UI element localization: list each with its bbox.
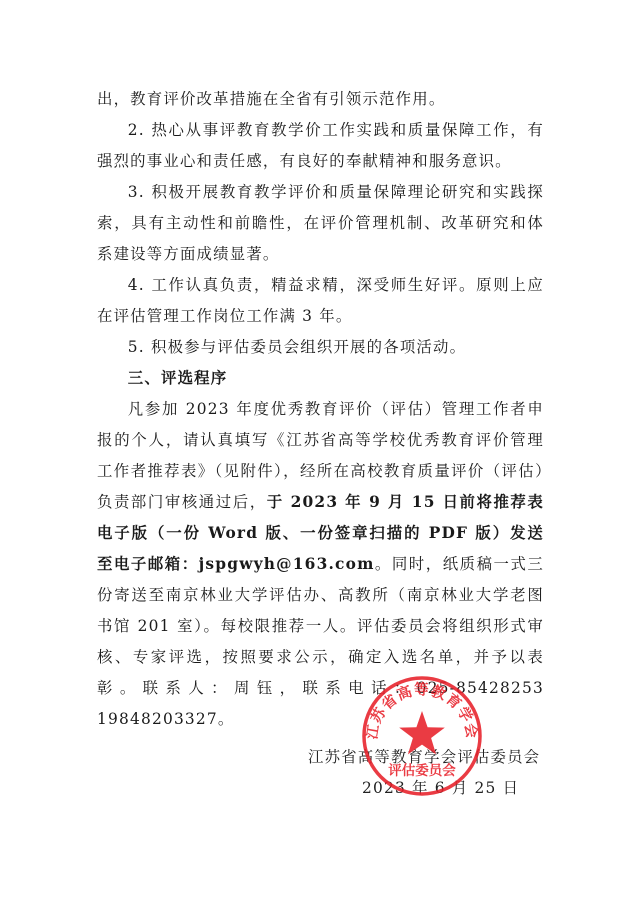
section-heading-selection-procedure: 三、评选程序 xyxy=(97,363,544,394)
criterion-2: 2. 热心从事评教育教学价工作实践和质量保障工作，有强烈的事业心和责任感，有良好… xyxy=(97,115,544,177)
signature-organization: 江苏省高等教育学会评估委员会 xyxy=(308,742,540,773)
criterion-3: 3. 积极开展教育教学评价和质量保障理论研究和实践探索，具有主动性和前瞻性，在评… xyxy=(97,177,544,270)
paragraph-continuation: 出，教育评价改革措施在全省有引领示范作用。 xyxy=(97,84,544,115)
criterion-5: 5. 积极参与评估委员会组织开展的各项活动。 xyxy=(97,332,544,363)
criterion-4: 4. 工作认真负责，精益求精，深受师生好评。原则上应在评估管理工作岗位工作满 3… xyxy=(97,270,544,332)
document-body: 出，教育评价改革措施在全省有引领示范作用。 2. 热心从事评教育教学价工作实践和… xyxy=(97,84,544,735)
procedure-text-details: 。同时，纸质稿一式三份寄送至南京林业大学评估办、高教所（南京林业大学老图书馆 2… xyxy=(97,555,544,728)
signature-date: 2023 年 6 月 25 日 xyxy=(362,773,519,804)
procedure-paragraph: 凡参加 2023 年度优秀教育评价（评估）管理工作者申报的个人，请认真填写《江苏… xyxy=(97,394,544,735)
document-page: 出，教育评价改革措施在全省有引领示范作用。 2. 热心从事评教育教学价工作实践和… xyxy=(0,0,639,904)
